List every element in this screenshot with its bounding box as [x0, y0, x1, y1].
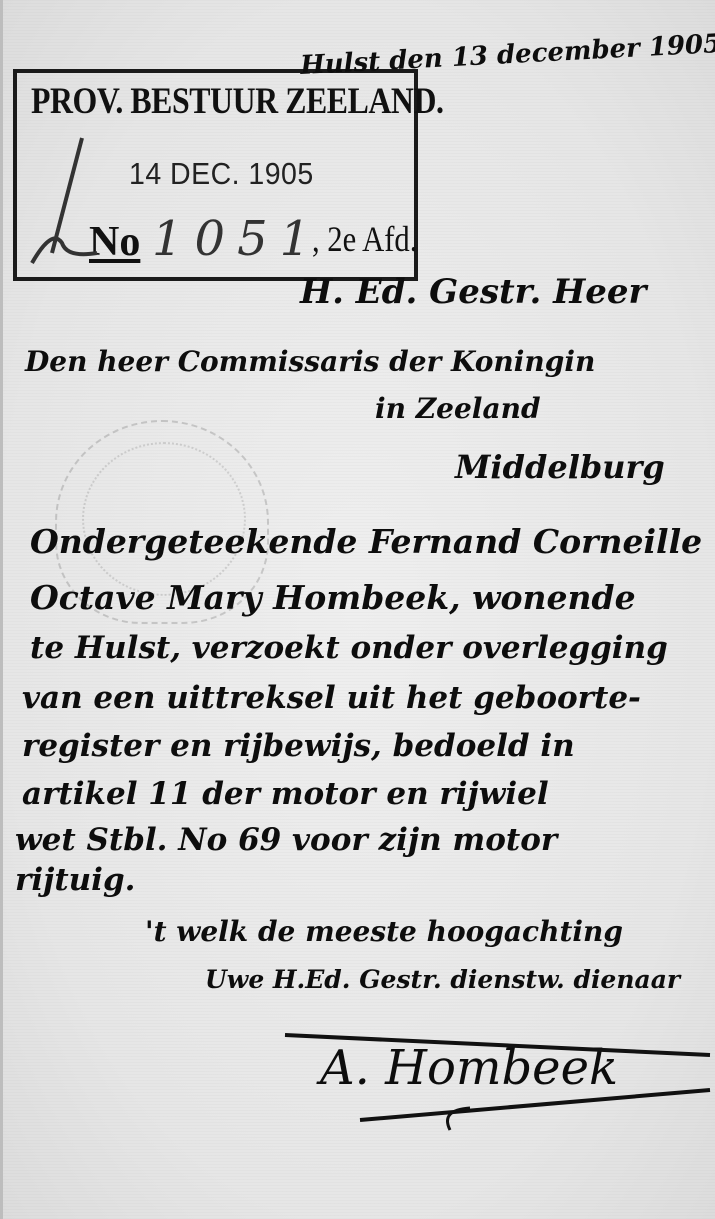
- watermark-emblem-inner: [82, 442, 246, 596]
- body-line: artikel 11 der motor en rijwiel: [22, 776, 549, 812]
- body-line: Ondergeteekende Fernand Corneille: [30, 522, 702, 561]
- addressee-line-1: Den heer Commissaris der Koningin: [25, 345, 595, 378]
- closing-line-2: Uwe H.Ed. Gestr. dienstw. dienaar: [205, 965, 680, 994]
- body-line: te Hulst, verzoekt onder overlegging: [30, 630, 668, 666]
- body-line: register en rijbewijs, bedoeld in: [22, 728, 575, 764]
- stamp-number: 1051: [152, 211, 322, 267]
- receipt-stamp: PROV. BESTUUR ZEELAND. 14 DEC. 1905 No 1…: [13, 69, 418, 281]
- body-line: wet Stbl. No 69 voor zijn motor: [15, 822, 557, 858]
- salutation: H. Ed. Gestr. Heer: [300, 272, 646, 312]
- place-date-line: Hulst den 13 december 1905: [300, 29, 715, 81]
- body-line: van een uittreksel uit het geboorte-: [22, 680, 641, 716]
- addressee-city: Middelburg: [455, 448, 665, 486]
- addressee-line-2: in Zeeland: [375, 392, 541, 425]
- page-edge: [0, 0, 3, 1219]
- stamp-date: 14 DEC. 1905: [129, 156, 314, 192]
- body-line: rijtuig.: [15, 862, 135, 898]
- stamp-initial-mark: [27, 133, 97, 273]
- stamp-title: PROV. BESTUUR ZEELAND.: [31, 81, 358, 123]
- body-line: Octave Mary Hombeek, wonende: [30, 578, 636, 617]
- document-page: PROV. BESTUUR ZEELAND. 14 DEC. 1905 No 1…: [0, 0, 715, 1219]
- closing-line-1: 't welk de meeste hoogachting: [145, 915, 623, 948]
- signature-flourish: [280, 1030, 715, 1140]
- stamp-department: , 2e Afd.: [312, 218, 417, 260]
